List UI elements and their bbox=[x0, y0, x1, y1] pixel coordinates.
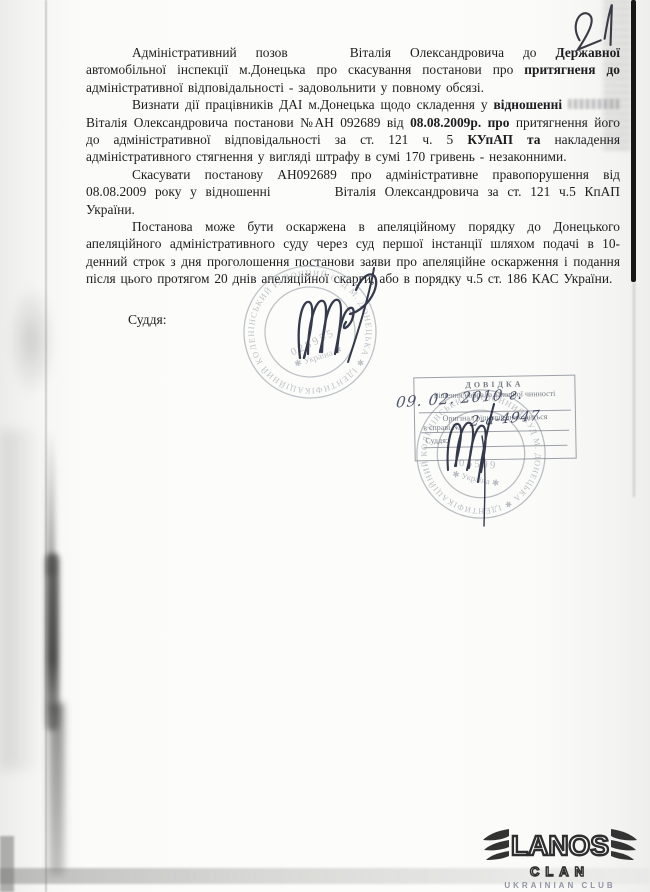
text-run: Визнати дії працівників ДАІ м.Донецька щ… bbox=[132, 97, 494, 112]
scan-smudge bbox=[8, 283, 56, 398]
logo-caption: UKRAINIAN CLUB bbox=[474, 881, 646, 890]
crease-shadow-lower bbox=[49, 703, 64, 875]
crease-shadow-upper bbox=[47, 430, 55, 575]
scan-corner-strip bbox=[0, 836, 14, 892]
wing-right-icon bbox=[611, 827, 637, 865]
paragraph: Скасувати постанову АН092689 про адмініс… bbox=[86, 166, 620, 218]
text-run: Віталія Олександровича до bbox=[350, 45, 556, 60]
redacted-name bbox=[568, 99, 620, 109]
certifying-signature bbox=[436, 396, 536, 528]
logo-title: LANOS bbox=[511, 833, 609, 859]
paragraph: Адміністративний позовВіталія Олександро… bbox=[86, 44, 620, 96]
scan-edge-line bbox=[633, 282, 635, 497]
watermark-logo: LANOS CLAN UKRAINIAN CLUB bbox=[474, 827, 646, 890]
text-run: відношенні bbox=[494, 97, 568, 112]
text-run: 08.08.2009р. про bbox=[410, 115, 516, 130]
paragraph: Визнати дії працівників ДАІ м.Донецька щ… bbox=[86, 96, 620, 166]
text-run: притягненя до bbox=[524, 62, 620, 77]
logo-subtitle: CLAN bbox=[474, 866, 646, 878]
text-run: Віталія Олександровича постанови №АН 092… bbox=[86, 115, 410, 130]
handwritten-page-number bbox=[566, 2, 624, 54]
scanned-page: 21 Адміністративний позовВіталія Олексан… bbox=[0, 0, 650, 892]
judge-label: Суддя: bbox=[128, 312, 167, 328]
blank-gap bbox=[271, 195, 335, 196]
wing-left-icon bbox=[483, 827, 509, 865]
judge-signature bbox=[286, 262, 398, 378]
text-run: адміністративної відповідальності - задо… bbox=[86, 80, 484, 95]
scan-edge-bar bbox=[631, 0, 636, 282]
text-run: Адміністративний позов bbox=[132, 45, 288, 60]
fold-crease-line bbox=[45, 0, 47, 892]
blank-gap bbox=[288, 56, 350, 57]
text-run: КУпАП та bbox=[467, 132, 554, 147]
scan-shading bbox=[0, 430, 42, 770]
crease-shadow-dark bbox=[46, 553, 59, 731]
text-run: автомобільної інспекції м.Донецька про с… bbox=[86, 62, 524, 77]
